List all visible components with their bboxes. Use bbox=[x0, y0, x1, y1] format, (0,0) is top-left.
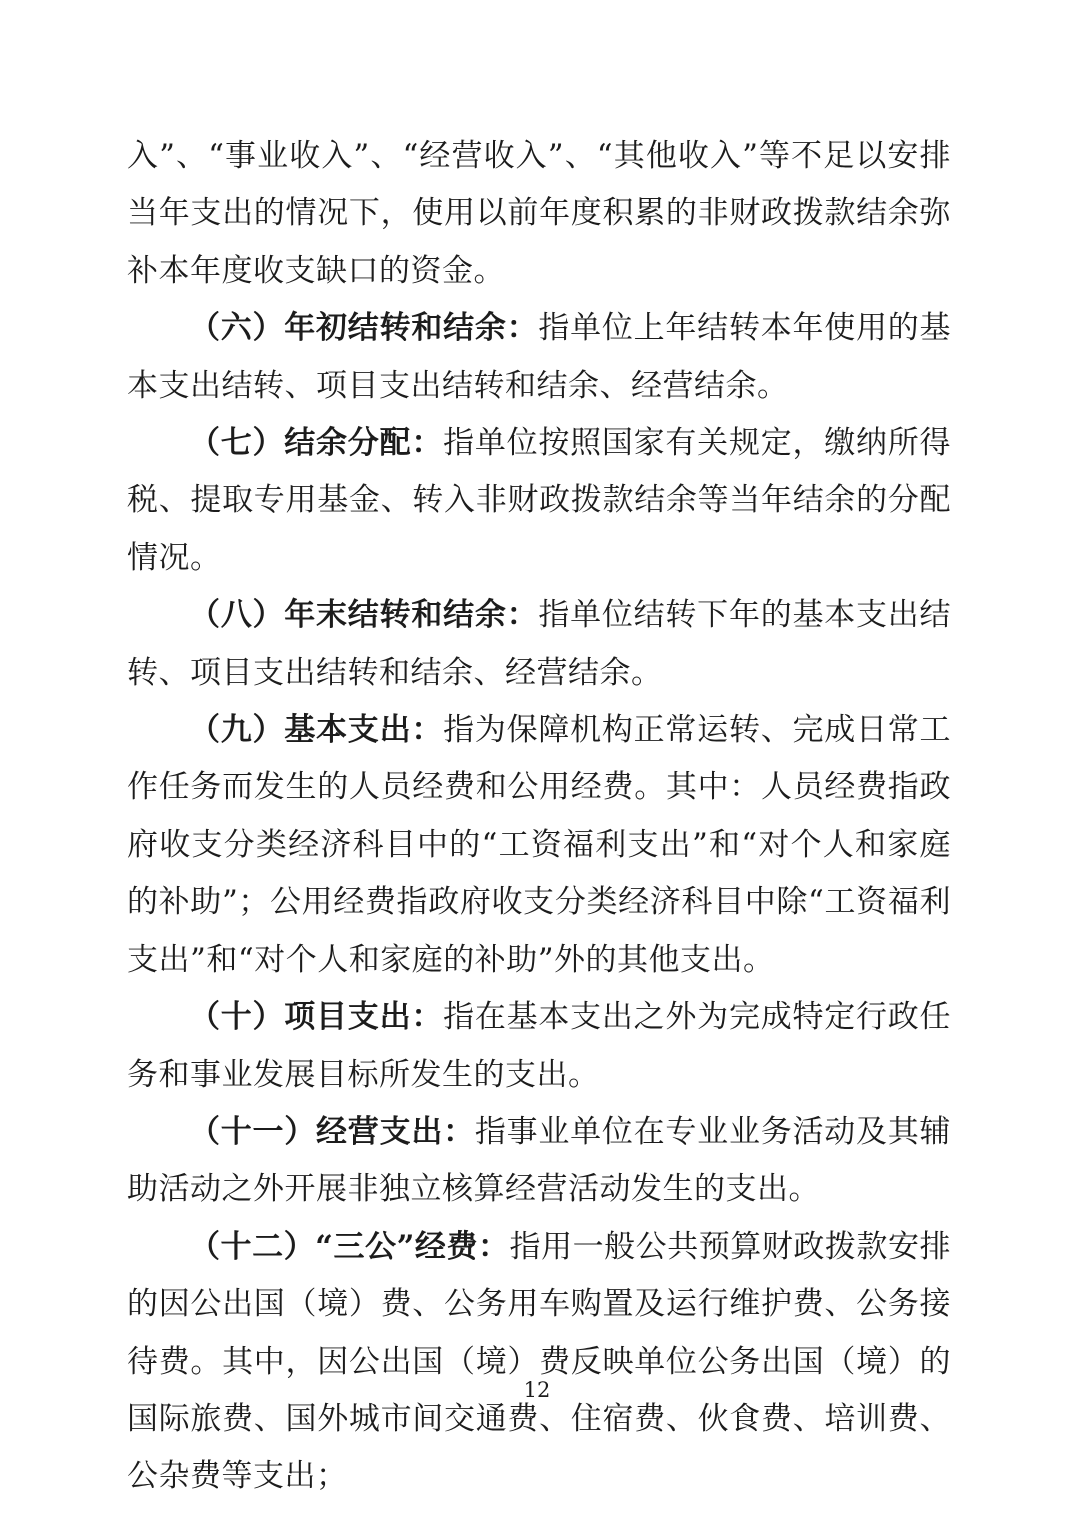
paragraph-item-10: （十）项目支出：指在基本支出之外为完成特定行政任务和事业发展目标所发生的支出。 bbox=[127, 989, 951, 1104]
term-label: （九）基本支出： bbox=[189, 712, 443, 748]
document-body: 入”、“事业收入”、“经营收入”、“其他收入”等不足以安排当年支出的情况下，使用… bbox=[127, 128, 951, 1506]
term-label: （六）年初结转和结余： bbox=[189, 310, 538, 346]
paragraph-item-11: （十一）经营支出：指事业单位在专业业务活动及其辅助活动之外开展非独立核算经营活动… bbox=[127, 1104, 951, 1219]
paragraph-item-12: （十二）“三公”经费：指用一般公共预算财政拨款安排的因公出国（境）费、公务用车购… bbox=[127, 1219, 951, 1506]
term-label: （十）项目支出： bbox=[189, 999, 443, 1035]
document-page: 入”、“事业收入”、“经营收入”、“其他收入”等不足以安排当年支出的情况下，使用… bbox=[0, 0, 1074, 1520]
term-label: （十二）“三公”经费： bbox=[189, 1229, 510, 1265]
paragraph-text: 入”、“事业收入”、“经营收入”、“其他收入”等不足以安排当年支出的情况下，使用… bbox=[127, 138, 951, 289]
paragraph-item-8: （八）年末结转和结余：指单位结转下年的基本支出结转、项目支出结转和结余、经营结余… bbox=[127, 587, 951, 702]
term-label: （八）年末结转和结余： bbox=[189, 597, 538, 633]
paragraph-item-7: （七）结余分配：指单位按照国家有关规定，缴纳所得税、提取专用基金、转入非财政拨款… bbox=[127, 415, 951, 587]
paragraph-text: 指为保障机构正常运转、完成日常工作任务而发生的人员经费和公用经费。其中：人员经费… bbox=[127, 712, 951, 978]
term-label: （十一）经营支出： bbox=[189, 1114, 475, 1150]
term-label: （七）结余分配： bbox=[189, 425, 443, 461]
paragraph-item-9: （九）基本支出：指为保障机构正常运转、完成日常工作任务而发生的人员经费和公用经费… bbox=[127, 702, 951, 989]
paragraph-item-6: （六）年初结转和结余：指单位上年结转本年使用的基本支出结转、项目支出结转和结余、… bbox=[127, 300, 951, 415]
paragraph-text: 指用一般公共预算财政拨款安排的因公出国（境）费、公务用车购置及运行维护费、公务接… bbox=[127, 1229, 951, 1495]
paragraph-continuation: 入”、“事业收入”、“经营收入”、“其他收入”等不足以安排当年支出的情况下，使用… bbox=[127, 128, 951, 300]
page-number: 12 bbox=[0, 1376, 1074, 1404]
